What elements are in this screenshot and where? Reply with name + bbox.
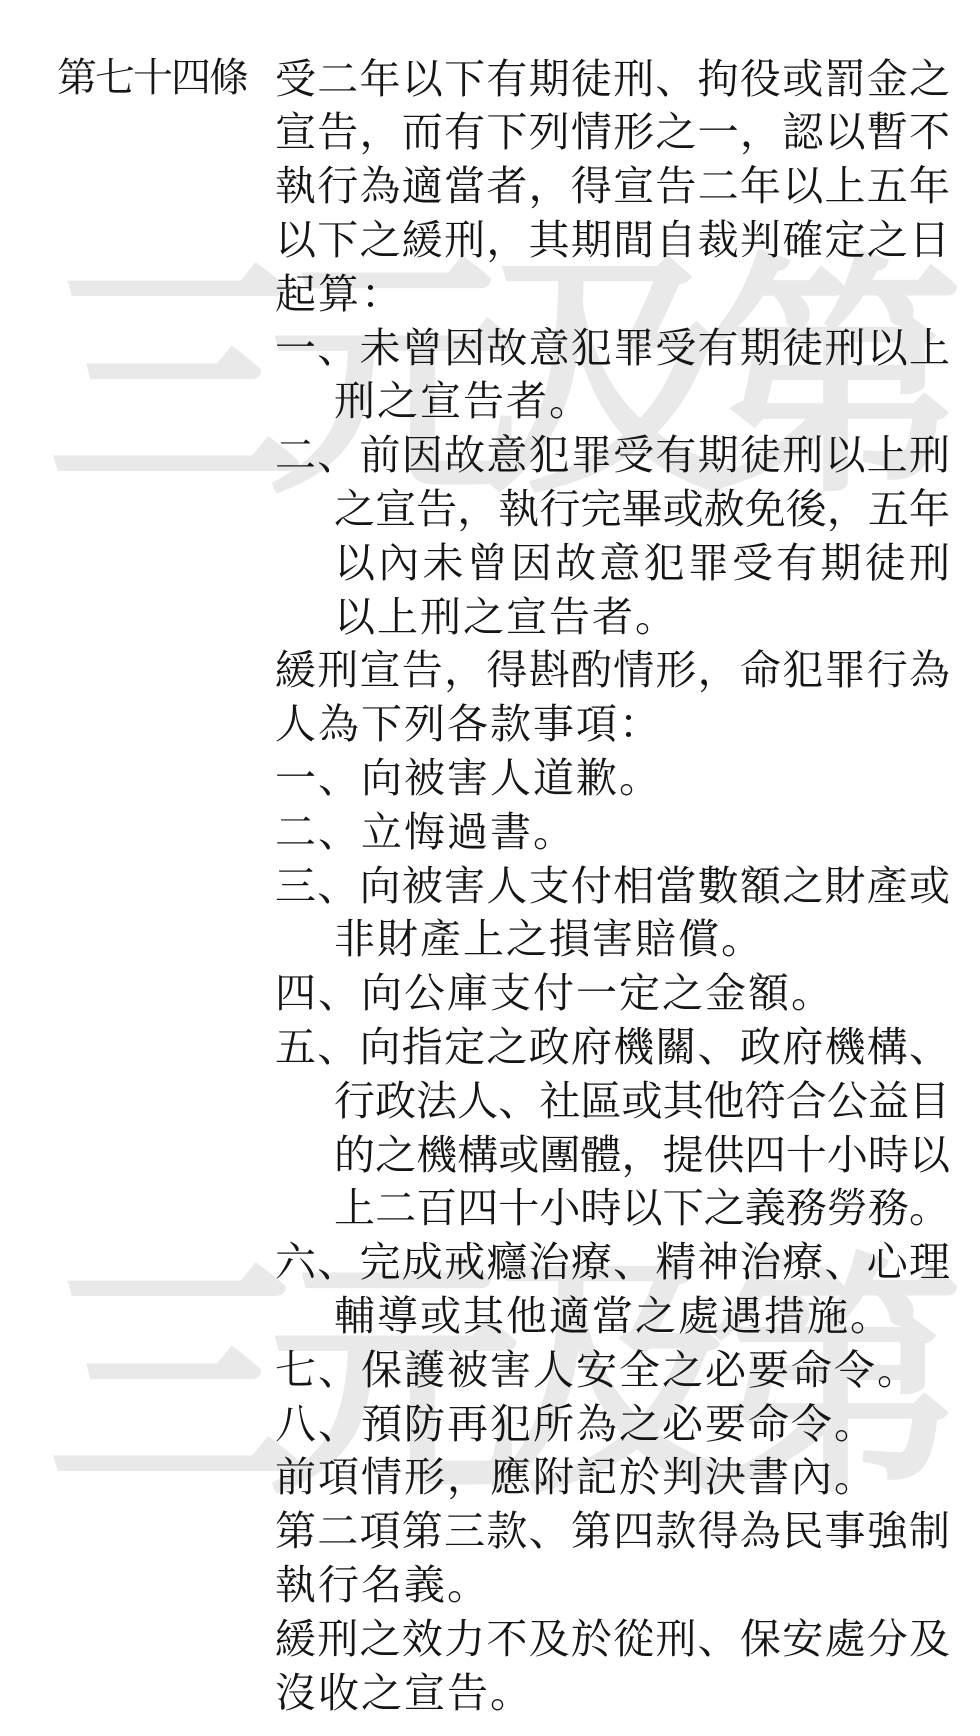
statute-line: 人為下列各款事項： <box>275 697 662 751</box>
statute-line: 一、未曾因故意犯罪受有期徒刑以上 <box>275 321 950 375</box>
statute-line: 沒收之宣告。 <box>275 1666 533 1720</box>
statute-line: 三、向被害人支付相當數額之財產或 <box>275 859 950 913</box>
article-number: 第七十四條 <box>57 51 247 105</box>
statute-line: 上二百四十小時以下之義務勞務。 <box>334 1181 950 1235</box>
statute-line: 六、完成戒癮治療、精神治療、心理 <box>275 1235 950 1289</box>
statute-line: 五、向指定之政府機關、政府機構、 <box>275 1020 950 1074</box>
statute-line: 非財產上之損害賠償。 <box>334 912 764 966</box>
statute-line: 二、前因故意犯罪受有期徒刑以上刑 <box>275 428 950 482</box>
statute-line: 四、向公庫支付一定之金額。 <box>275 966 834 1020</box>
statute-line: 第二項第三款、第四款得為民事強制 <box>275 1504 950 1558</box>
statute-line: 一、向被害人道歉。 <box>275 751 662 805</box>
statute-line: 起算： <box>275 267 404 321</box>
statute-line: 的之機構或團體，提供四十小時以 <box>334 1128 950 1182</box>
statute-line: 以上刑之宣告者。 <box>334 590 678 644</box>
statute-line: 七、保護被害人安全之必要命令。 <box>275 1343 920 1397</box>
statute-line: 宣告，而有下列情形之一，認以暫不 <box>275 105 950 159</box>
statute-line: 緩刑宣告，得斟酌情形，命犯罪行為 <box>275 643 950 697</box>
statute-page: 三元及第 三元及第 第七十四條 受二年以下有期徒刑、拘役或罰金之宣告，而有下列情… <box>0 0 980 1736</box>
statute-line: 行政法人、社區或其他符合公益目 <box>334 1074 950 1128</box>
statute-line: 二、立悔過書。 <box>275 805 576 859</box>
statute-line: 受二年以下有期徒刑、拘役或罰金之 <box>275 52 950 106</box>
statute-line: 執行名義。 <box>275 1558 490 1612</box>
statute-line: 輔導或其他適當之處遇措施。 <box>334 1289 893 1343</box>
statute-line: 以下之緩刑，其期間自裁判確定之日 <box>275 213 950 267</box>
statute-line: 之宣告，執行完畢或赦免後，五年 <box>334 482 950 536</box>
statute-line: 前項情形，應附記於判決書內。 <box>275 1450 877 1504</box>
statute-line: 八、預防再犯所為之必要命令。 <box>275 1397 877 1451</box>
statute-line: 緩刑之效力不及於從刑、保安處分及 <box>275 1612 950 1666</box>
statute-line: 執行為適當者，得宣告二年以上五年 <box>275 159 950 213</box>
statute-line: 刑之宣告者。 <box>334 374 592 428</box>
statute-line: 以內未曾因故意犯罪受有期徒刑 <box>334 536 950 590</box>
